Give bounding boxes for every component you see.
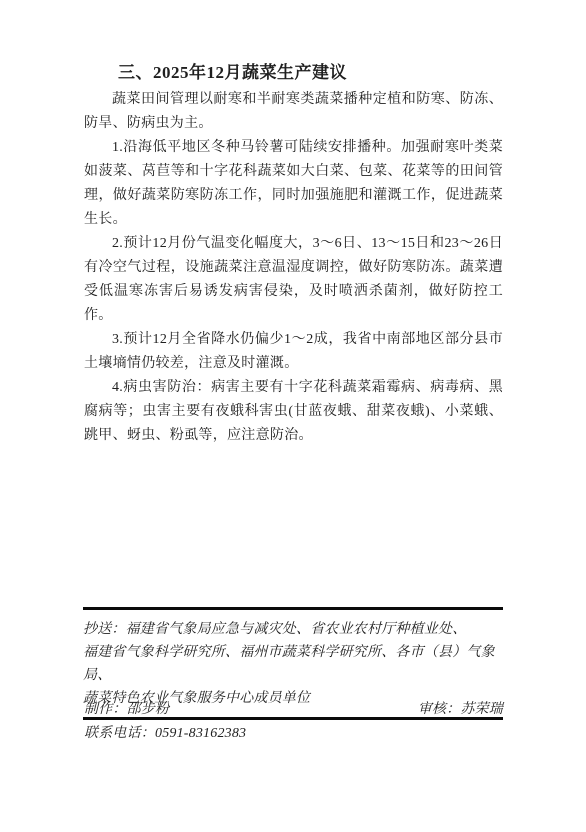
cc-line-1: 抄送：福建省气象局应急与减灾处、省农业农村厅种植业处、: [83, 618, 503, 641]
paragraph-item-4: 4.病虫害防治：病害主要有十字花科蔬菜霜霉病、病毒病、黑腐病等；虫害主要有夜蛾科…: [84, 376, 503, 448]
paragraph-overview: 蔬菜田间管理以耐寒和半耐寒类蔬菜播种定植和防寒、防冻、防旱、防病虫为主。: [84, 88, 503, 136]
paragraph-item-2: 2.预计12月份气温变化幅度大，3～6日、13～15日和23～26日有冷空气过程…: [84, 232, 503, 328]
maker-label: 制作：邵步粉: [84, 700, 169, 720]
credits-row: 制作：邵步粉 审核：苏荣瑞: [84, 700, 503, 720]
paragraph-item-1: 1.沿海低平地区冬种马铃薯可陆续安排播种。加强耐寒叶类菜如菠菜、莴苣等和十字花科…: [84, 136, 503, 232]
cc-line-2: 福建省气象科学研究所、福州市蔬菜科学研究所、各市（县）气象局、: [83, 641, 503, 687]
section-title: 三、2025年12月蔬菜生产建议: [84, 58, 503, 88]
contact-phone: 联系电话：0591-83162383: [84, 724, 246, 744]
document-body: 三、2025年12月蔬菜生产建议 蔬菜田间管理以耐寒和半耐寒类蔬菜播种定植和防寒…: [84, 58, 503, 448]
reviewer-label: 审核：苏荣瑞: [418, 700, 503, 720]
paragraph-item-3: 3.预计12月全省降水仍偏少1～2成，我省中南部地区部分县市土壤墒情仍较差，注意…: [84, 328, 503, 376]
document-page: 三、2025年12月蔬菜生产建议 蔬菜田间管理以耐寒和半耐寒类蔬菜播种定植和防寒…: [0, 0, 586, 832]
